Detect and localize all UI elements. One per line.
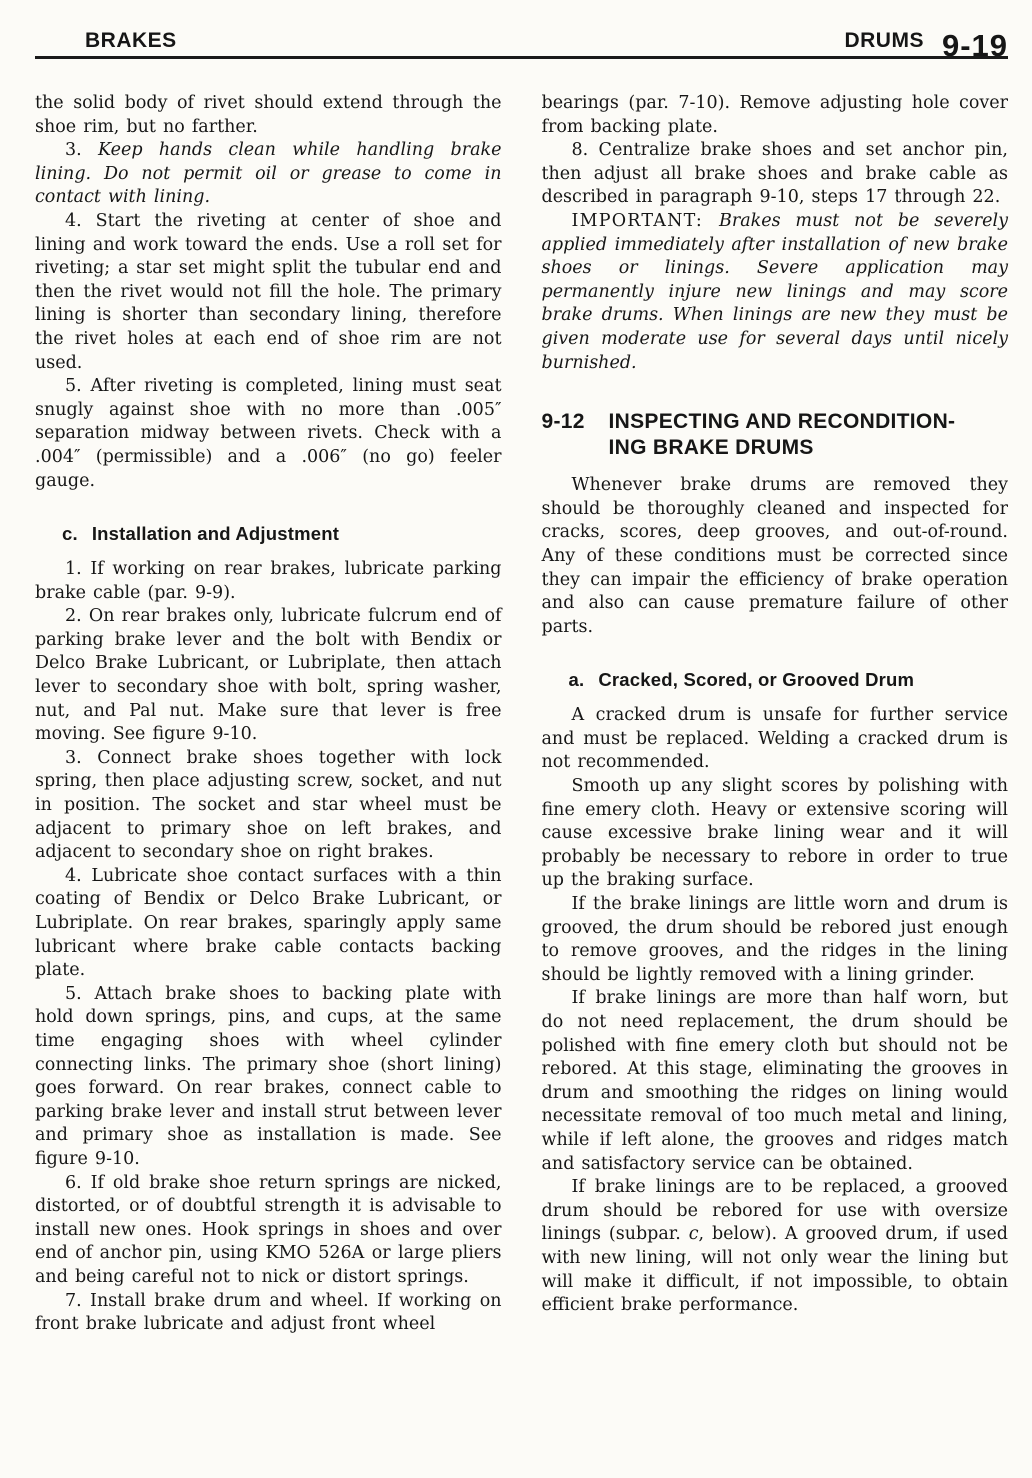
header-topic-title: DRUMS (844, 29, 924, 53)
text-run: the solid body of rivet should extend th… (35, 93, 502, 137)
page-header: BRAKES DRUMS 9-19 (35, 22, 1008, 59)
text-run: 5. Attach brake shoes to backing plate w… (35, 984, 502, 1169)
page-number: 9-19 (942, 30, 1008, 61)
paragraph: Whenever brake drums are removed they sh… (542, 474, 1009, 639)
paragraph: 5. After riveting is completed, lining m… (35, 375, 502, 493)
manual-page: BRAKES DRUMS 9-19 the solid body of rive… (0, 0, 1032, 1478)
column-left: the solid body of rivet should extend th… (35, 92, 502, 1337)
column-right: bearings (par. 7-10). Remove adjusting h… (542, 92, 1009, 1337)
paragraph: 2. On rear brakes only, lubricate fulcru… (35, 605, 502, 747)
text-run: IMPORTANT: (572, 211, 719, 231)
two-column-body: the solid body of rivet should extend th… (35, 92, 1008, 1337)
paragraph: If brake linings are more than half worn… (542, 987, 1009, 1176)
paragraph: 5. Attach brake shoes to backing plate w… (35, 983, 502, 1172)
text-run: 3. Connect brake shoes together with loc… (35, 748, 502, 862)
section-number: 9-12 (542, 409, 609, 461)
paragraph: 3. Keep hands clean while handling brake… (35, 139, 502, 210)
text-run: 4. Lubricate shoe contact surfaces with … (35, 866, 502, 980)
paragraph: If brake linings are to be replaced, a g… (542, 1176, 1009, 1318)
subsection-title: Installation and Adjustment (92, 523, 339, 544)
text-run: Brakes must not be severely applied imme… (542, 211, 1009, 373)
subsection-heading: a.Cracked, Scored, or Grooved Drum (569, 669, 1009, 691)
text-run: 2. On rear brakes only, lubricate fulcru… (35, 606, 502, 744)
text-run: Smooth up any slight scores by polishing… (542, 776, 1009, 890)
text-run: If brake linings are more than half worn… (542, 988, 1009, 1173)
text-run: 7. Install brake drum and wheel. If work… (35, 1291, 502, 1335)
header-section-title: BRAKES (85, 29, 177, 53)
text-run: Whenever brake drums are removed they sh… (542, 475, 1009, 637)
paragraph: 7. Install brake drum and wheel. If work… (35, 1290, 502, 1337)
section-title: INSPECTING AND RECONDITION- ING BRAKE DR… (609, 409, 956, 461)
paragraph: A cracked drum is unsafe for further ser… (542, 704, 1009, 775)
text-run: 3. (65, 140, 98, 160)
paragraph: 4. Lubricate shoe contact surfaces with … (35, 865, 502, 983)
subsection-heading: c.Installation and Adjustment (62, 523, 502, 545)
paragraph: If the brake linings are little worn and… (542, 893, 1009, 987)
paragraph: 8. Centralize brake shoes and set anchor… (542, 139, 1009, 210)
paragraph: the solid body of rivet should extend th… (35, 92, 502, 139)
text-run: If the brake linings are little worn and… (542, 894, 1009, 985)
section-heading: 9-12INSPECTING AND RECONDITION- ING BRAK… (542, 409, 1009, 461)
text-run: A cracked drum is unsafe for further ser… (542, 705, 1009, 772)
text-run: 4. Start the riveting at center of shoe … (35, 211, 502, 373)
paragraph: 3. Connect brake shoes together with loc… (35, 747, 502, 865)
subsection-letter: a. (569, 669, 585, 690)
text-run: Keep hands clean while handling brake li… (35, 140, 502, 207)
text-run: 8. Centralize brake shoes and set anchor… (542, 140, 1009, 207)
text-run: 5. After riveting is completed, lining m… (35, 376, 502, 490)
paragraph: IMPORTANT: Brakes must not be severely a… (542, 210, 1009, 375)
text-run: 1. If working on rear brakes, lubricate … (35, 559, 502, 603)
text-run: c (689, 1224, 699, 1244)
subsection-title: Cracked, Scored, or Grooved Drum (598, 669, 914, 690)
text-run: 6. If old brake shoe return springs are … (35, 1173, 502, 1287)
text-run: bearings (par. 7-10). Remove adjusting h… (542, 93, 1009, 137)
paragraph: bearings (par. 7-10). Remove adjusting h… (542, 92, 1009, 139)
paragraph: 6. If old brake shoe return springs are … (35, 1172, 502, 1290)
paragraph: Smooth up any slight scores by polishing… (542, 775, 1009, 893)
paragraph: 4. Start the riveting at center of shoe … (35, 210, 502, 375)
paragraph: 1. If working on rear brakes, lubricate … (35, 558, 502, 605)
subsection-letter: c. (62, 523, 78, 544)
